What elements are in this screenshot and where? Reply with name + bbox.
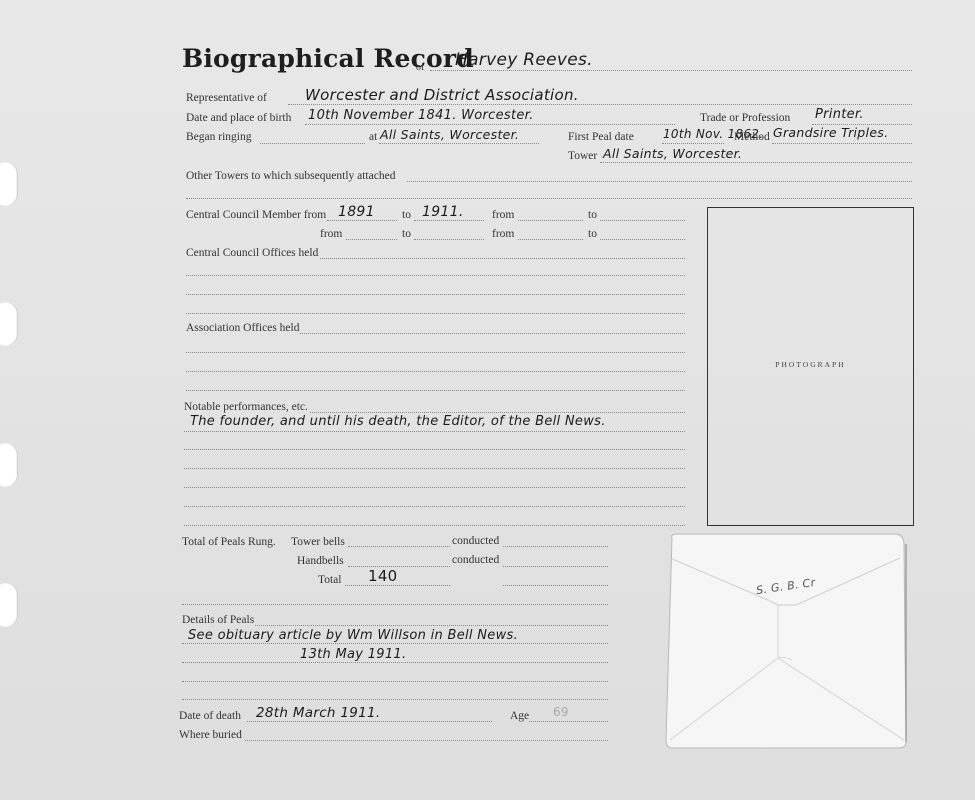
buried-label: Where buried bbox=[179, 729, 242, 741]
birth-line bbox=[305, 124, 675, 125]
cc-offices-label: Central Council Offices held bbox=[186, 247, 318, 259]
cc-to-line-3 bbox=[414, 239, 484, 240]
form-title: Biographical Record bbox=[182, 44, 474, 73]
details-value-1: See obituary article by Wm Willson in Be… bbox=[188, 628, 518, 643]
photograph-label: PHOTOGRAPH bbox=[708, 360, 913, 369]
first-peal-line bbox=[662, 143, 724, 144]
cc-to-line-4 bbox=[600, 239, 685, 240]
cc-to-line bbox=[414, 220, 484, 221]
age-value: 69 bbox=[553, 705, 569, 719]
notable-line-4 bbox=[184, 468, 685, 469]
handbells-label: Handbells bbox=[297, 555, 344, 567]
death-label: Date of death bbox=[179, 710, 241, 722]
method-label: Method bbox=[734, 131, 770, 143]
method-value: Grandsire Triples. bbox=[773, 125, 888, 140]
cc-to-value: 1911. bbox=[422, 204, 464, 220]
representative-value: Worcester and District Association. bbox=[305, 86, 579, 104]
other-towers-line bbox=[407, 181, 912, 182]
cc-from-line-4 bbox=[518, 239, 583, 240]
cc-offices-line-3 bbox=[186, 294, 685, 295]
cc-to-label-3: to bbox=[402, 228, 411, 240]
binder-hole bbox=[0, 583, 18, 627]
notable-value: The founder, and until his death, the Ed… bbox=[190, 414, 606, 429]
name-line bbox=[430, 70, 912, 71]
cc-to-label-2: to bbox=[588, 209, 597, 221]
trade-label: Trade or Profession bbox=[700, 112, 790, 124]
details-line-3 bbox=[182, 662, 608, 663]
cc-to-line-2 bbox=[600, 220, 685, 221]
notable-line-7 bbox=[184, 525, 685, 526]
cc-to-label: to bbox=[402, 209, 411, 221]
notable-label: Notable performances, etc. bbox=[184, 401, 308, 413]
notable-line-3 bbox=[184, 449, 685, 450]
notable-line-6 bbox=[184, 506, 685, 507]
total-line bbox=[345, 585, 450, 586]
began-at-line bbox=[379, 143, 539, 144]
notable-line-2 bbox=[184, 431, 685, 432]
cc-from-label-2: from bbox=[492, 209, 514, 221]
assoc-offices-line-4 bbox=[186, 390, 685, 391]
total-peals-label: Total of Peals Rung. bbox=[182, 536, 276, 548]
cc-offices-line-4 bbox=[186, 313, 685, 314]
cc-from-line-2 bbox=[518, 220, 583, 221]
cc-offices-line-2 bbox=[186, 275, 685, 276]
cc-from-label-3: from bbox=[320, 228, 342, 240]
binder-hole bbox=[0, 162, 18, 206]
method-line bbox=[772, 143, 912, 144]
total-value: 140 bbox=[368, 567, 398, 585]
notable-line-5 bbox=[184, 487, 685, 488]
first-peal-label: First Peal date bbox=[568, 131, 634, 143]
assoc-offices-line bbox=[300, 333, 685, 334]
binder-hole bbox=[0, 302, 18, 346]
began-ringing-label: Began ringing bbox=[186, 131, 251, 143]
details-line-4 bbox=[182, 681, 608, 682]
details-label: Details of Peals bbox=[182, 614, 254, 626]
began-ringing-line bbox=[260, 143, 365, 144]
total-label: Total bbox=[318, 574, 341, 586]
details-line-5 bbox=[182, 699, 608, 700]
cc-member-label: Central Council Member from bbox=[186, 209, 326, 221]
notable-line bbox=[310, 412, 685, 413]
tower-bells-conducted-line bbox=[503, 546, 608, 547]
handbells-line bbox=[348, 566, 450, 567]
death-value: 28th March 1911. bbox=[256, 705, 381, 721]
details-line-2 bbox=[182, 643, 608, 644]
record-page: Biographical Record of Harvey Reeves. Re… bbox=[0, 0, 975, 800]
birth-value: 10th November 1841. Worcester. bbox=[308, 108, 534, 123]
buried-line bbox=[245, 740, 608, 741]
began-at-value: All Saints, Worcester. bbox=[380, 127, 519, 142]
assoc-offices-line-2 bbox=[186, 352, 685, 353]
tower-bells-conducted-label: conducted bbox=[452, 535, 499, 547]
birth-label: Date and place of birth bbox=[186, 112, 291, 124]
began-at-label: at bbox=[369, 131, 377, 143]
total-extra-line bbox=[503, 585, 608, 586]
tower-line bbox=[600, 162, 912, 163]
age-line bbox=[529, 721, 608, 722]
tower-bells-label: Tower bells bbox=[291, 536, 345, 548]
other-towers-label: Other Towers to which subsequently attac… bbox=[186, 170, 395, 182]
tower-bells-line bbox=[348, 546, 450, 547]
other-towers-line-2 bbox=[186, 198, 912, 199]
cc-from-line-3 bbox=[346, 239, 397, 240]
representative-line bbox=[288, 104, 912, 105]
name-value: Harvey Reeves. bbox=[455, 50, 593, 70]
tower-value: All Saints, Worcester. bbox=[603, 146, 742, 161]
cc-from-value: 1891 bbox=[338, 204, 375, 220]
death-line bbox=[247, 721, 492, 722]
handbells-conducted-line bbox=[503, 566, 608, 567]
trade-value: Printer. bbox=[815, 107, 864, 122]
cc-offices-line bbox=[320, 258, 685, 259]
tower-label: Tower bbox=[568, 150, 597, 162]
representative-label: Representative of bbox=[186, 92, 267, 104]
photograph-box: PHOTOGRAPH bbox=[707, 207, 914, 526]
title-of-label: of bbox=[416, 62, 424, 73]
age-label: Age bbox=[510, 710, 529, 722]
details-line bbox=[255, 625, 608, 626]
binder-hole bbox=[0, 443, 18, 487]
handbells-conducted-label: conducted bbox=[452, 554, 499, 566]
envelope-icon bbox=[658, 530, 914, 750]
attached-envelope: S. G. B. Cr bbox=[658, 530, 914, 750]
details-value-2: 13th May 1911. bbox=[300, 647, 406, 662]
total-line-2 bbox=[182, 604, 608, 605]
assoc-offices-label: Association Offices held bbox=[186, 322, 299, 334]
cc-from-label-4: from bbox=[492, 228, 514, 240]
cc-to-label-4: to bbox=[588, 228, 597, 240]
assoc-offices-line-3 bbox=[186, 371, 685, 372]
cc-from-line bbox=[327, 220, 397, 221]
